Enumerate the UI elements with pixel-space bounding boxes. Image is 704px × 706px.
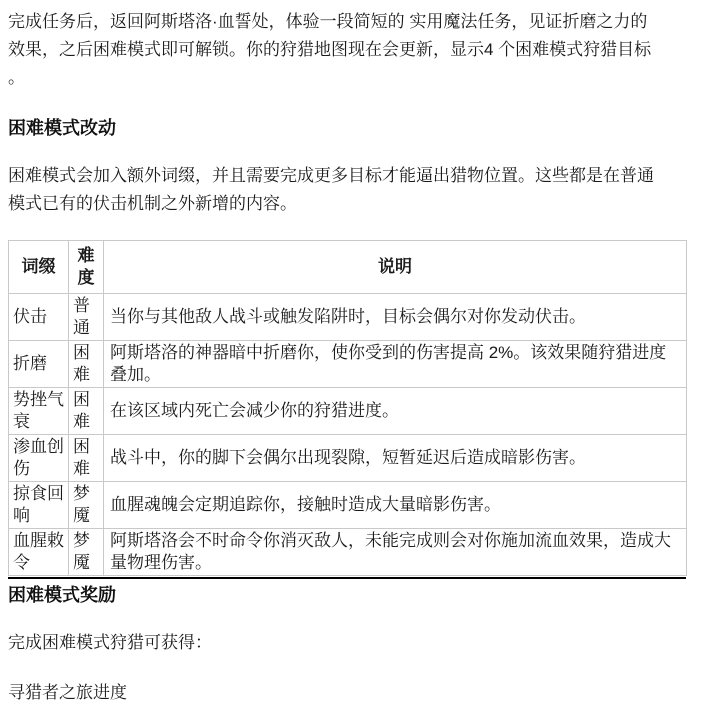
section-heading-changes: 困难模式改动	[8, 114, 696, 142]
description-cell: 阿斯塔洛会不时命令你消灭敌人，未能完成则会对你施加流血效果，造成大量物理伤害。	[104, 529, 687, 576]
difficulty-cell: 梦魇	[69, 482, 104, 529]
affix-row: 势挫气衰 困难 在该区域内死亡会减少你的狩猎进度。	[9, 388, 687, 435]
affix-cell: 伏击	[9, 294, 69, 341]
description-cell: 阿斯塔洛的神器暗中折磨你，使你受到的伤害提高 2%。该效果随狩猎进度叠加。	[104, 341, 687, 388]
affix-cell: 势挫气衰	[9, 388, 69, 435]
rewards-item: 寻猎者之旅进度	[8, 679, 696, 706]
header-description: 说明	[104, 241, 687, 294]
affix-row: 血腥敕令 梦魇 阿斯塔洛会不时命令你消灭敌人，未能完成则会对你施加流血效果，造成…	[9, 529, 687, 576]
header-difficulty: 难度	[69, 241, 104, 294]
table-bottom-rule	[8, 577, 686, 579]
affix-cell: 掠食回响	[9, 482, 69, 529]
changes-paragraph: 困难模式会加入额外词缀，并且需要完成更多目标才能逼出猎物位置。这些都是在普通 模…	[8, 162, 696, 218]
affix-cell: 折磨	[9, 341, 69, 388]
page: { "document": { "intro": { "lines": [ "完…	[0, 0, 704, 706]
document-body: 完成任务后，返回阿斯塔洛·血誓处，体验一段简短的 实用魔法任务，见证折磨之力的 …	[8, 8, 696, 706]
description-cell: 血腥魂魄会定期追踪你，接触时造成大量暗影伤害。	[104, 482, 687, 529]
description-cell: 在该区域内死亡会减少你的狩猎进度。	[104, 388, 687, 435]
affix-cell: 渗血创伤	[9, 435, 69, 482]
intro-paragraph: 完成任务后，返回阿斯塔洛·血誓处，体验一段简短的 实用魔法任务，见证折磨之力的 …	[8, 8, 696, 92]
difficulty-cell: 困难	[69, 435, 104, 482]
description-cell: 战斗中，你的脚下会偶尔出现裂隙，短暂延迟后造成暗影伤害。	[104, 435, 687, 482]
difficulty-cell: 梦魇	[69, 529, 104, 576]
difficulty-cell: 困难	[69, 341, 104, 388]
intro-line-3: 。	[8, 64, 696, 92]
affix-table-body: 伏击 普通 当你与其他敌人战斗或触发陷阱时，目标会偶尔对你发动伏击。 折磨 困难…	[9, 294, 687, 576]
intro-line-1: 完成任务后，返回阿斯塔洛·血誓处，体验一段简短的 实用魔法任务，见证折磨之力的	[8, 8, 696, 36]
affix-table-header: 词缀 难度 说明	[9, 241, 687, 294]
header-row: 词缀 难度 说明	[9, 241, 687, 294]
affix-row: 折磨 困难 阿斯塔洛的神器暗中折磨你，使你受到的伤害提高 2%。该效果随狩猎进度…	[9, 341, 687, 388]
changes-line-2: 模式已有的伏击机制之外新增的内容。	[8, 190, 696, 218]
difficulty-cell: 困难	[69, 388, 104, 435]
rewards-intro: 完成困难模式狩猎可获得：	[8, 629, 696, 657]
changes-line-1: 困难模式会加入额外词缀，并且需要完成更多目标才能逼出猎物位置。这些都是在普通	[8, 162, 696, 190]
intro-line-2: 效果，之后困难模式即可解锁。你的狩猎地图现在会更新，显示4 个困难模式狩猎目标	[8, 36, 696, 64]
affix-cell: 血腥敕令	[9, 529, 69, 576]
affix-row: 伏击 普通 当你与其他敌人战斗或触发陷阱时，目标会偶尔对你发动伏击。	[9, 294, 687, 341]
section-heading-rewards: 困难模式奖励	[8, 581, 696, 609]
header-affix: 词缀	[9, 241, 69, 294]
affix-table: 词缀 难度 说明 伏击 普通 当你与其他敌人战斗或触发陷阱时，目标会偶尔对你发动…	[8, 240, 687, 576]
description-cell: 当你与其他敌人战斗或触发陷阱时，目标会偶尔对你发动伏击。	[104, 294, 687, 341]
difficulty-cell: 普通	[69, 294, 104, 341]
affix-row: 渗血创伤 困难 战斗中，你的脚下会偶尔出现裂隙，短暂延迟后造成暗影伤害。	[9, 435, 687, 482]
affix-row: 掠食回响 梦魇 血腥魂魄会定期追踪你，接触时造成大量暗影伤害。	[9, 482, 687, 529]
